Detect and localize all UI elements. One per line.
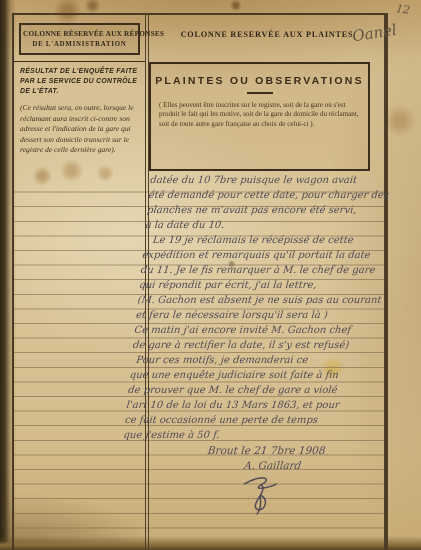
manuscript-line: que une enquête judiciaire soit faite à … <box>129 368 367 383</box>
manuscript-line: que j'estime à 50 f. <box>123 428 361 443</box>
manuscript-line: du 11. Je le fis remarquer à M. le chef … <box>140 263 378 278</box>
plaintes-observations-box: PLAINTES OU OBSERVATIONS ( Elles peuvent… <box>149 62 370 171</box>
manuscript-line: Le 19 je réclamais le récépissé de cette <box>143 233 381 248</box>
enquete-note: (Ce résultat sera, en outre, lorsque le … <box>14 99 145 156</box>
manuscript-line: et fera le nécessaire lorsqu'il sera là … <box>135 308 373 323</box>
plaintes-box-note: ( Elles peuvent être inscrites sur le re… <box>151 101 368 130</box>
responses-header-line1: COLONNE RÉSERVÉE AUX RÉPONSES <box>23 29 136 38</box>
signature-flourish <box>233 474 289 516</box>
responses-header-line2: DE L'ADMINISTRATION <box>23 41 136 48</box>
plaintes-column-header: COLONNE RESERVÉE AUX PLAINTES <box>150 30 384 39</box>
page-number: 12 <box>395 2 411 17</box>
plaintes-box-title: PLAINTES OU OBSERVATIONS <box>151 75 368 87</box>
register-page: 12 Oanel COLONNE RÉSERVÉE AUX RÉPONSES D… <box>0 0 421 550</box>
manuscript-line: qui répondit par écrit, j'ai la lettre, <box>138 278 376 293</box>
manuscript-line: Ce matin j'ai encore invité M. Gachon ch… <box>134 323 372 338</box>
manuscript-line: à la date du 10. <box>145 218 383 233</box>
title-underline <box>247 92 273 94</box>
manuscript-line: été demandé pour cette date, pour charge… <box>148 188 386 203</box>
handwritten-complaint: datée du 10 7bre puisque le wagon avait … <box>115 173 387 516</box>
right-margin-line <box>384 13 388 550</box>
manuscript-line: planches ne m'avait pas encore été servi… <box>146 203 384 218</box>
left-column-header: COLONNE RÉSERVÉE AUX RÉPONSES DE L'ADMIN… <box>14 15 145 175</box>
manuscript-signature: A. Gaillard <box>119 459 357 474</box>
manuscript-line: l'art 10 de la loi du 13 Mars 1863, et p… <box>126 398 364 413</box>
manuscript-line: de prouver que M. le chef de gare a viol… <box>127 383 365 398</box>
enquete-subheader: RÉSULTAT DE L'ENQUÊTE FAITE PAR LE SERVI… <box>14 61 145 99</box>
manuscript-line: de gare à rectifier la date, il s'y est … <box>132 338 370 353</box>
manuscript-line: datée du 10 7bre puisque le wagon avait <box>149 173 387 188</box>
manuscript-line: Pour ces motifs, je demanderai ce <box>131 353 369 368</box>
responses-header-box: COLONNE RÉSERVÉE AUX RÉPONSES DE L'ADMIN… <box>19 23 140 55</box>
manuscript-line: expédition et remarquais qu'il portait l… <box>142 248 380 263</box>
manuscript-line: ce fait occasionné une perte de temps <box>124 413 362 428</box>
manuscript-line: (M. Gachon est absent je ne suis pas au … <box>137 293 375 308</box>
manuscript-date-line: Brout le 21 7bre 1908 <box>121 443 359 459</box>
